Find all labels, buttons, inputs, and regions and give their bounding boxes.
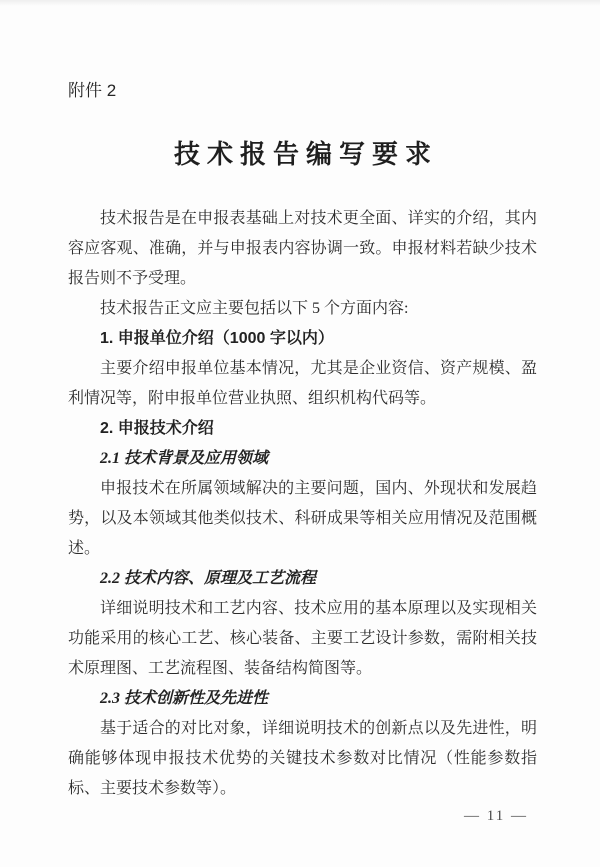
- section-2-1-body: 申报技术在所属领域解决的主要问题，国内、外现状和发展趋势，以及本领域其他类似技术…: [68, 474, 537, 564]
- section-2-1-heading: 2.1 技术背景及应用领域: [68, 444, 537, 474]
- section-2-3-body: 基于适合的对比对象，详细说明技术的创新点以及先进性，明确能够体现申报技术优势的关…: [68, 714, 537, 804]
- document-body: 技术报告是在申报表基础上对技术更全面、详实的介绍，其内容应客观、准确，并与申报表…: [68, 204, 537, 804]
- document-title: 技术报告编写要求: [68, 138, 537, 172]
- section-1-heading: 1. 申报单位介绍（1000 字以内）: [68, 324, 537, 354]
- attachment-label: 附件 2: [68, 0, 537, 102]
- page-number: — 11 —: [464, 806, 528, 826]
- section-2-heading: 2. 申报技术介绍: [68, 414, 537, 444]
- section-2-2-heading: 2.2 技术内容、原理及工艺流程: [68, 564, 537, 594]
- scope-note-paragraph: 技术报告正文应主要包括以下 5 个方面内容:: [68, 294, 537, 324]
- section-1-body: 主要介绍申报单位基本情况，尤其是企业资信、资产规模、盈利情况等，附申报单位营业执…: [68, 354, 537, 414]
- document-page: 附件 2 技术报告编写要求 技术报告是在申报表基础上对技术更全面、详实的介绍，其…: [0, 0, 600, 867]
- intro-paragraph: 技术报告是在申报表基础上对技术更全面、详实的介绍，其内容应客观、准确，并与申报表…: [68, 204, 537, 294]
- section-2-2-body: 详细说明技术和工艺内容、技术应用的基本原理以及实现相关功能采用的核心工艺、核心装…: [68, 594, 537, 684]
- section-2-3-heading: 2.3 技术创新性及先进性: [68, 684, 537, 714]
